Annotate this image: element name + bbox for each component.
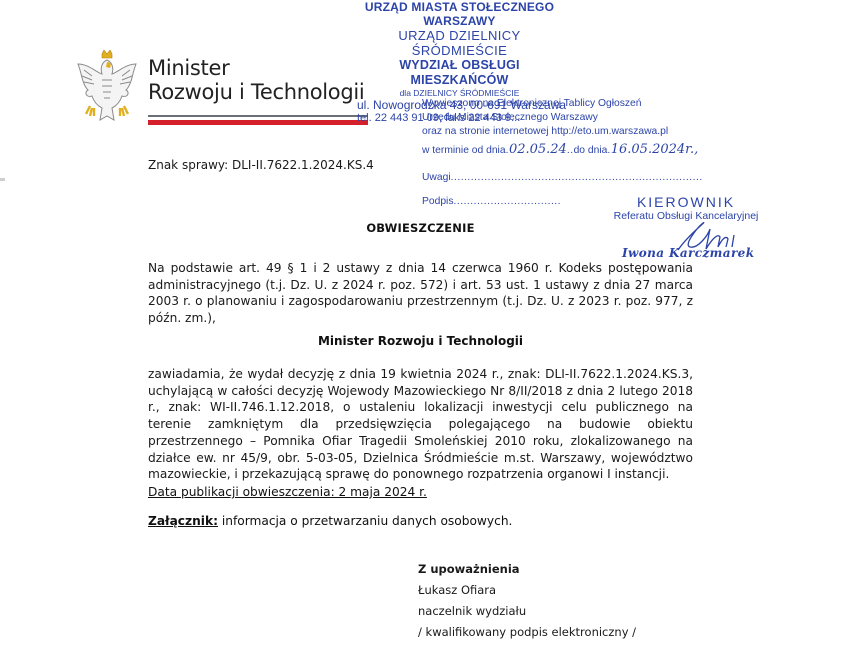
attachment-text: informacja o przetwarzaniu danych osobow…	[218, 514, 512, 528]
signature-block: Z upoważnienia Łukasz Ofiara naczelnik w…	[418, 559, 636, 643]
signature-authorization: Z upoważnienia	[418, 559, 636, 580]
logo-line1: Minister	[148, 56, 364, 80]
posting-to-label: do dnia	[574, 145, 608, 156]
stamp-office-line2: URZĄD DZIELNICY ŚRÓDMIEŚCIE	[352, 28, 567, 58]
posting-date-suffix: r.,	[685, 142, 698, 157]
scan-artifact	[0, 178, 5, 181]
posting-line2: Urzędu Miasta Stołecznego Warszawy	[422, 111, 698, 125]
posting-stamp: Wywieszono na Elektronicznej Tablicy Ogł…	[422, 97, 698, 158]
posting-date-from: 02.05.24	[509, 142, 567, 157]
head-stamp-name: Iwona Karczmarek	[622, 246, 754, 260]
stamp-office-line3: WYDZIAŁ OBSŁUGI MIESZKAŃCÓW	[352, 58, 567, 88]
posting-line3: oraz na stronie internetowej http://eto.…	[422, 125, 698, 139]
remarks-row: Uwagi...................................…	[422, 166, 703, 190]
posting-term-row: w terminie od dnia.02.05.24..do dnia.16.…	[422, 143, 698, 158]
announcement-paragraph: zawiadamia, że wydał decyzję z dnia 19 k…	[148, 366, 693, 483]
posting-date-to: 16.05.2024	[611, 142, 685, 157]
document-title: OBWIESZCZENIE	[148, 221, 693, 235]
authority-heading: Minister Rozwoju i Technologii	[148, 334, 693, 348]
attachment-label: Załącznik:	[148, 514, 218, 528]
posting-line1: Wywieszono na Elektronicznej Tablicy Ogł…	[422, 97, 698, 111]
signature-label: Podpis	[422, 196, 453, 207]
logo-line2: Rozwoju i Technologii	[148, 80, 364, 104]
signatory-position: naczelnik wydziału	[418, 601, 636, 622]
signature-type: / kwalifikowany podpis elektroniczny /	[418, 622, 636, 643]
posting-term-label: w terminie od dnia	[422, 145, 506, 156]
polish-eagle-emblem-icon	[72, 50, 142, 128]
attachment-line: Załącznik: informacja o przetwarzaniu da…	[148, 514, 512, 528]
legal-basis-paragraph: Na podstawie art. 49 § 1 i 2 ustawy z dn…	[148, 260, 693, 327]
logo-divider-red	[148, 120, 368, 125]
stamp-office-line1: URZĄD MIASTA STOŁECZNEGO WARSZAWY	[352, 0, 567, 28]
ministry-logo-text: Minister Rozwoju i Technologii	[148, 56, 364, 104]
head-stamp-title: KIEROWNIK	[606, 195, 766, 210]
remarks-label: Uwagi	[422, 172, 451, 183]
logo-divider-grey	[148, 115, 368, 117]
publication-date: Data publikacji obwieszczenia: 2 maja 20…	[148, 485, 427, 499]
case-number: Znak sprawy: DLI-II.7622.1.2024.KS.4	[148, 158, 374, 172]
signatory-name: Łukasz Ofiara	[418, 580, 636, 601]
